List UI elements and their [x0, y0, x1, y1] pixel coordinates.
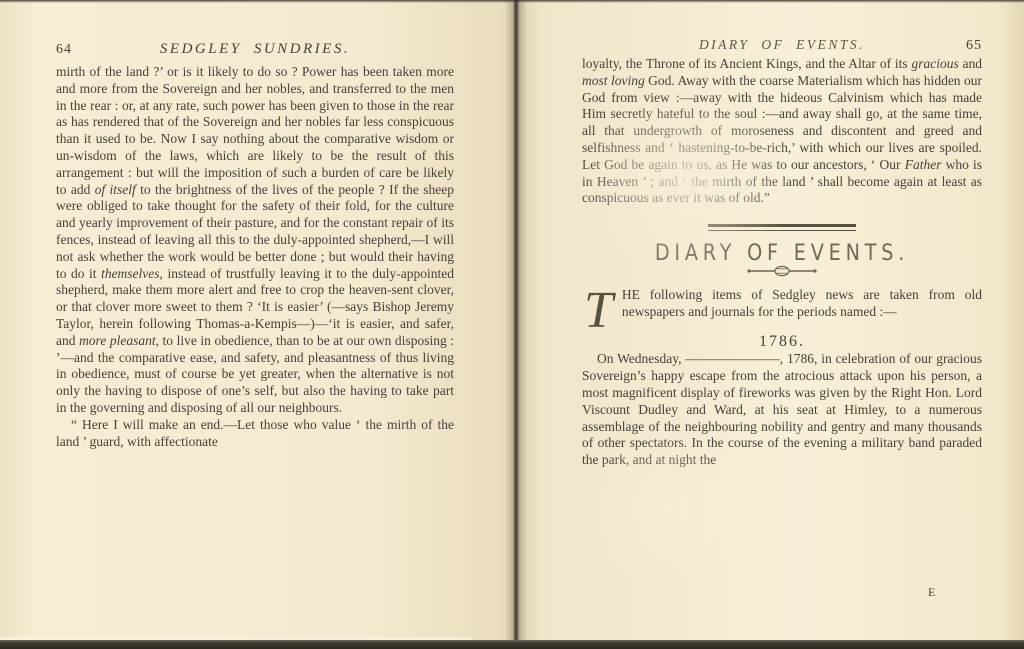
- diary-continuation: loyalty, the Throne of its Ancient Kings…: [582, 56, 982, 207]
- body-paragraph: loyalty, the Throne of its Ancient Kings…: [582, 56, 982, 207]
- left-page-header: 64 SEDGLEY SUNDRIES.: [56, 41, 454, 58]
- running-title-left: SEDGLEY SUNDRIES.: [100, 41, 410, 58]
- rule-thick: [708, 224, 856, 227]
- diary-entry-1786: On Wednesday, ———————, 1786, in celebrat…: [582, 351, 982, 469]
- signature-mark: E: [928, 585, 936, 600]
- diary-intro-paragraph: T HE following items of Sedgley news are…: [582, 287, 982, 321]
- body-paragraph: mirth of the land ?’ or is it likely to …: [56, 64, 454, 417]
- section-divider-rule: [708, 224, 856, 231]
- rule-thin: [708, 230, 856, 231]
- page-number-right: 65: [938, 38, 982, 54]
- dropcap-letter: T: [582, 287, 622, 331]
- left-page-body: mirth of the land ?’ or is it likely to …: [56, 64, 454, 450]
- right-page-header: DIARY OF EVENTS. 65: [582, 37, 982, 54]
- page-number-left: 64: [56, 42, 100, 58]
- running-title-right: DIARY OF EVENTS.: [626, 37, 938, 53]
- right-page: DIARY OF EVENTS. 65 loyalty, the Throne …: [516, 0, 1024, 649]
- book-spread: 64 SEDGLEY SUNDRIES. mirth of the land ?…: [0, 0, 1024, 649]
- year-heading: 1786.: [582, 334, 982, 351]
- body-paragraph: On Wednesday, ———————, 1786, in celebrat…: [582, 351, 982, 469]
- section-heading: DIARY OF EVENTS.: [590, 243, 974, 262]
- left-page: 64 SEDGLEY SUNDRIES. mirth of the land ?…: [0, 0, 516, 649]
- globe-rule-ornament-icon: [582, 264, 982, 278]
- right-page-body: loyalty, the Throne of its Ancient Kings…: [582, 56, 982, 469]
- body-paragraph: “ Here I will make an end.—Let those who…: [56, 417, 454, 451]
- diary-intro-text: HE following items of Sedgley news are t…: [622, 287, 982, 319]
